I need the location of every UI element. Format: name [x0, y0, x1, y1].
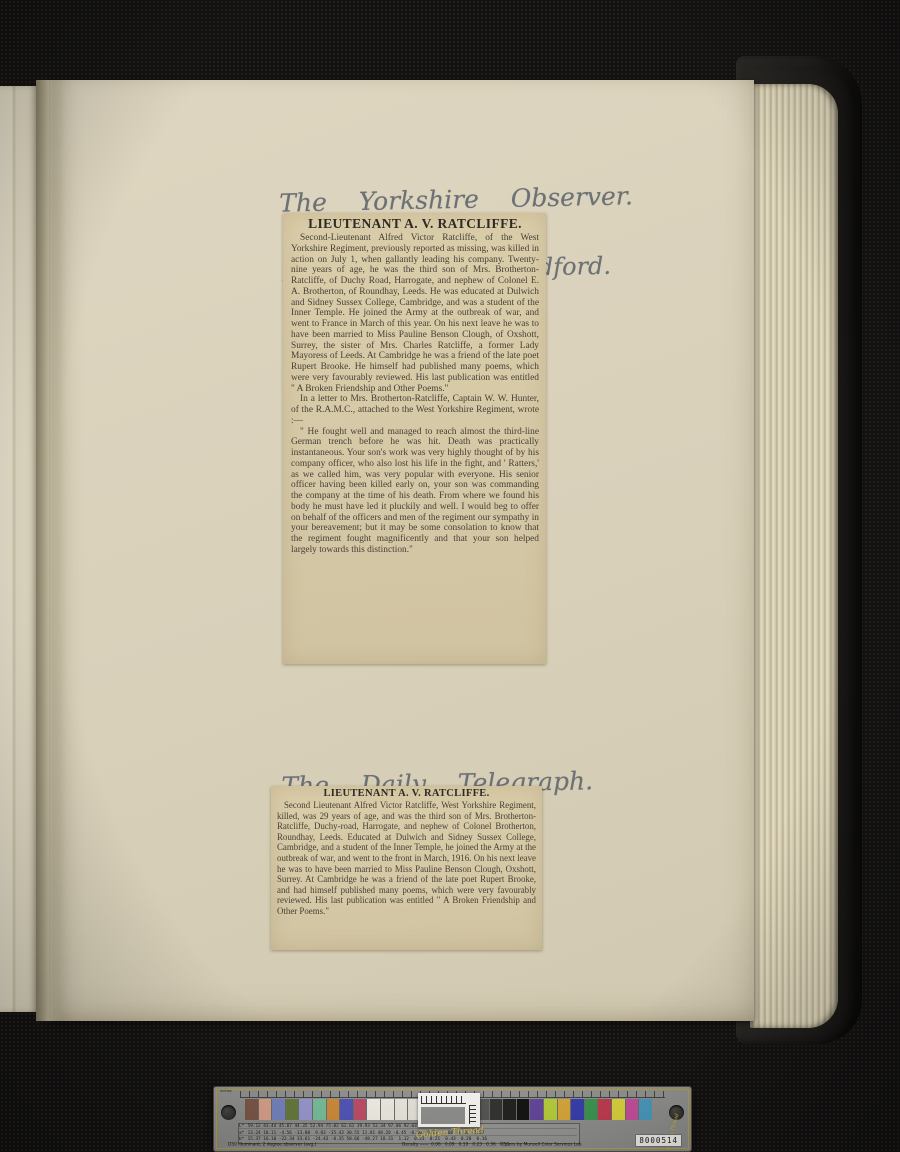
color-patch — [503, 1099, 516, 1120]
lab-row: b* 15.37 16.10 -22.34 33.61 -24.43 -8.35… — [239, 1137, 577, 1141]
color-patch — [558, 1099, 571, 1120]
color-patch — [585, 1099, 598, 1120]
color-patch — [626, 1099, 639, 1120]
density-values: Density —— 0.06 0.09 0.19 0.23 0.36 0.51 — [402, 1142, 509, 1147]
color-patch — [639, 1099, 652, 1120]
archival-scan: The Yorkshire Observer. 17 July 1916. Br… — [0, 0, 900, 1152]
book-page-stack-fore-edge — [750, 84, 838, 1028]
color-patch — [272, 1099, 285, 1120]
color-patch — [395, 1099, 408, 1120]
color-patch — [598, 1099, 611, 1120]
lab-row-label: a* — [239, 1131, 248, 1135]
resolution-target-window — [421, 1107, 465, 1124]
resolution-target — [418, 1093, 480, 1127]
clipping-paragraph: In a letter to Mrs. Brotherton-Ratcliffe… — [291, 394, 539, 426]
clipping-headline: LIEUTENANT A. V. RATCLIFFE. — [277, 788, 536, 800]
ruler-label: inches — [220, 1089, 232, 1093]
page-gutter-shadow — [36, 80, 64, 1021]
clipping-body: Second-Lieutenant Alfred Victor Ratcliff… — [291, 233, 539, 556]
color-patch — [354, 1099, 367, 1120]
lab-row: a* 13.24 18.11 -4.56 -13.80 9.83 -35.43 … — [239, 1131, 577, 1136]
color-patch — [286, 1099, 299, 1120]
color-patch — [571, 1099, 584, 1120]
color-patch — [299, 1099, 312, 1120]
color-patch — [367, 1099, 380, 1120]
illuminant-note: D50 Illuminant, 2 degree observer (avg.) — [228, 1142, 316, 1147]
lab-values-table: L* 59.12 43.44 45.87 44.35 52.94 75.82 6… — [238, 1123, 580, 1144]
lab-row: L* 59.12 43.44 45.87 44.35 52.94 75.82 6… — [239, 1124, 577, 1129]
serial-number-label: 8000514 — [636, 1135, 681, 1146]
facing-page-edge — [0, 86, 38, 1012]
clipping-body: Second Lieutenant Alfred Victor Ratcliff… — [277, 800, 536, 917]
color-patch — [313, 1099, 326, 1120]
clipping-paragraph: Second Lieutenant Alfred Victor Ratcliff… — [277, 800, 536, 917]
color-patch — [259, 1099, 272, 1120]
color-patch — [490, 1099, 503, 1120]
color-patch — [327, 1099, 340, 1120]
resolution-target-ticks — [421, 1096, 466, 1104]
color-patch — [245, 1099, 258, 1120]
color-calibration-bar: inches L* 59.12 43.44 45.87 44.35 52.94 … — [214, 1087, 691, 1151]
newspaper-clipping-yorkshire-observer: LIEUTENANT A. V. RATCLIFFE. Second-Lieut… — [283, 213, 546, 664]
color-patch — [340, 1099, 353, 1120]
lab-row-label: L* — [239, 1124, 248, 1128]
resolution-target-vertical-ticks — [469, 1105, 476, 1124]
color-patch — [381, 1099, 394, 1120]
clipping-paragraph: Second-Lieutenant Alfred Victor Ratcliff… — [291, 233, 539, 394]
lab-row-label: b* — [239, 1137, 248, 1141]
color-patch — [544, 1099, 557, 1120]
munsell-credit: Colors by Munsell Color Services Lab — [502, 1142, 582, 1147]
color-patch — [530, 1099, 543, 1120]
registration-dot-icon — [221, 1105, 236, 1120]
newspaper-clipping-daily-telegraph: LIEUTENANT A. V. RATCLIFFE. Second Lieut… — [271, 786, 542, 950]
color-patch — [612, 1099, 625, 1120]
color-patch — [517, 1099, 530, 1120]
clipping-headline: LIEUTENANT A. V. RATCLIFFE. — [291, 215, 539, 233]
clipping-paragraph: " He fought well and managed to reach al… — [291, 427, 539, 556]
